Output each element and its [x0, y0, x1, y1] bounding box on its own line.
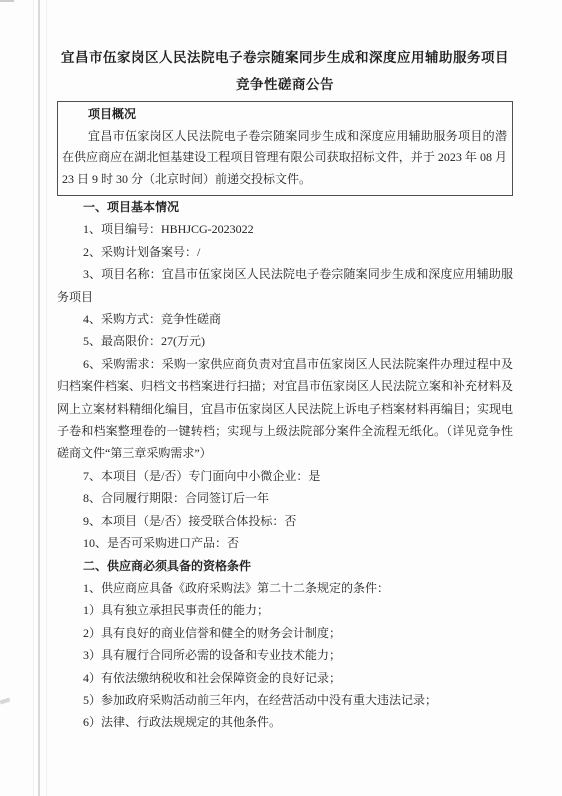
- list-item-qualification-4: 4）有依法缴纳税收和社会保障资金的良好记录；: [57, 667, 513, 689]
- list-item-project-name: 3、项目名称：宜昌市伍家岗区人民法院电子卷宗随案同步生成和深度应用辅助服务项目: [57, 263, 513, 308]
- scan-artifact-mark: [0, 698, 10, 705]
- scan-artifact-line: [38, 0, 40, 796]
- overview-body: 宜昌市伍家岗区人民法院电子卷宗随案同步生成和深度应用辅助服务项目的潜在供应商应在…: [62, 126, 507, 191]
- project-overview-box: 项目概况 宜昌市伍家岗区人民法院电子卷宗随案同步生成和深度应用辅助服务项目的潜在…: [57, 101, 513, 196]
- list-item-max-price: 5、最高限价：27(万元): [57, 330, 513, 352]
- list-item-sme-oriented: 7、本项目（是/否）专门面向中小微企业：是: [57, 465, 513, 487]
- document-title: 宜昌市伍家岗区人民法院电子卷宗随案同步生成和深度应用辅助服务项目 竞争性磋商公告: [57, 44, 513, 98]
- list-item-consortium-bid: 9、本项目（是/否）接受联合体投标：否: [57, 510, 513, 532]
- list-item-qualification-1: 1）具有独立承担民事责任的能力；: [57, 599, 513, 621]
- list-item-project-number: 1、项目编号：HBHJCG-2023022: [57, 218, 513, 240]
- list-item-plan-record-number: 2、采购计划备案号：/: [57, 241, 513, 263]
- document-title-line2: 竞争性磋商公告: [57, 71, 513, 98]
- list-item-qualification-6: 6）法律、行政法规规定的其他条件。: [57, 711, 513, 733]
- scanned-document: { "colors": { "ink": "#1f1f1f", "box_bor…: [0, 0, 562, 796]
- list-item-imported-products: 10、是否可采购进口产品：否: [57, 532, 513, 554]
- list-item-qualification-2: 2）具有良好的商业信誉和健全的财务会计制度；: [57, 622, 513, 644]
- section-2-heading: 二、供应商必须具备的资格条件: [57, 555, 513, 577]
- document-title-line1: 宜昌市伍家岗区人民法院电子卷宗随案同步生成和深度应用辅助服务项目: [57, 44, 513, 71]
- list-item-qualification-law: 1、供应商应具备《政府采购法》第二十二条规定的条件：: [57, 577, 513, 599]
- scan-artifact-line: [46, 0, 47, 796]
- list-item-contract-term: 8、合同履行期限：合同签订后一年: [57, 487, 513, 509]
- list-item-procurement-requirements: 6、采购需求：采购一家供应商负责对宜昌市伍家岗区人民法院案件办理过程中及归档案件…: [57, 353, 513, 465]
- list-item-procurement-method: 4、采购方式：竞争性磋商: [57, 308, 513, 330]
- section-1-heading: 一、项目基本情况: [57, 196, 513, 218]
- scan-artifact-line: [33, 0, 34, 796]
- list-item-qualification-5: 5）参加政府采购活动前三年内，在经营活动中没有重大违法记录；: [57, 689, 513, 711]
- document-page: 宜昌市伍家岗区人民法院电子卷宗随案同步生成和深度应用辅助服务项目 竞争性磋商公告…: [57, 44, 513, 734]
- list-item-qualification-3: 3）具有履行合同所必需的设备和专业技术能力；: [57, 644, 513, 666]
- scan-artifact-mark: [0, 0, 14, 2]
- overview-heading: 项目概况: [62, 104, 507, 126]
